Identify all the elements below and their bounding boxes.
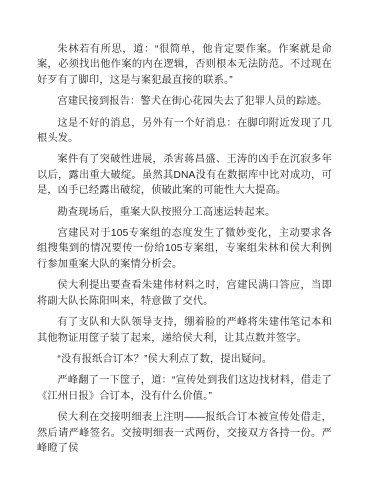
paragraph-7: 侯大利提出要查看朱建伟材料之时，宫建民满口答应，当即将副大队长陈阳叫来，特意做了… bbox=[37, 278, 332, 309]
paragraph-3: 这是不好的消息，另外有一个好消息：在脚印附近发现了几根头发。 bbox=[37, 116, 332, 147]
paragraph-5: 勘查现场后，重案大队按照分工高速运转起来。 bbox=[37, 205, 332, 220]
paragraph-9: “没有报纸合订本？”侯大利点了数，提出疑问。 bbox=[37, 352, 332, 367]
book-page: 朱林若有所思，道：“很简单，他肯定要作案。作案就是命案，必须找出他作案的内在逻辑… bbox=[0, 0, 370, 480]
paragraph-2: 宫建民接到报告：警犬在街心花园失去了犯罪人员的踪迹。 bbox=[37, 94, 332, 109]
paragraph-1: 朱林若有所思，道：“很简单，他肯定要作案。作案就是命案，必须找出他作案的内在逻辑… bbox=[37, 42, 332, 88]
paragraph-11: 侯大利在交接明细表上注明——报纸合订本被宣传处借走，然后请严峰签名。交接明细表一… bbox=[37, 410, 332, 456]
paragraph-4: 案件有了突破性进展，杀害蒋昌盛、王涛的凶手在沉寂多年以后，露出重大破绽。虽然其D… bbox=[37, 152, 332, 198]
paragraph-6: 宫建民对于105专案组的态度发生了微妙变化，主动要求各组搜集到的情况要传一份给1… bbox=[37, 226, 332, 272]
novel-text-block: 朱林若有所思，道：“很简单，他肯定要作案。作案就是命案，必须找出他作案的内在逻辑… bbox=[37, 42, 332, 462]
paragraph-10: 严峰翻了一下筐子，道：“宣传处到我们这边找材料，借走了《江州日报》合订本，没有什… bbox=[37, 373, 332, 404]
paragraph-8: 有了支队和大队领导支持，绷着脸的严峰将朱建伟笔记本和其他物证用筐子装了起来，递给… bbox=[37, 315, 332, 346]
